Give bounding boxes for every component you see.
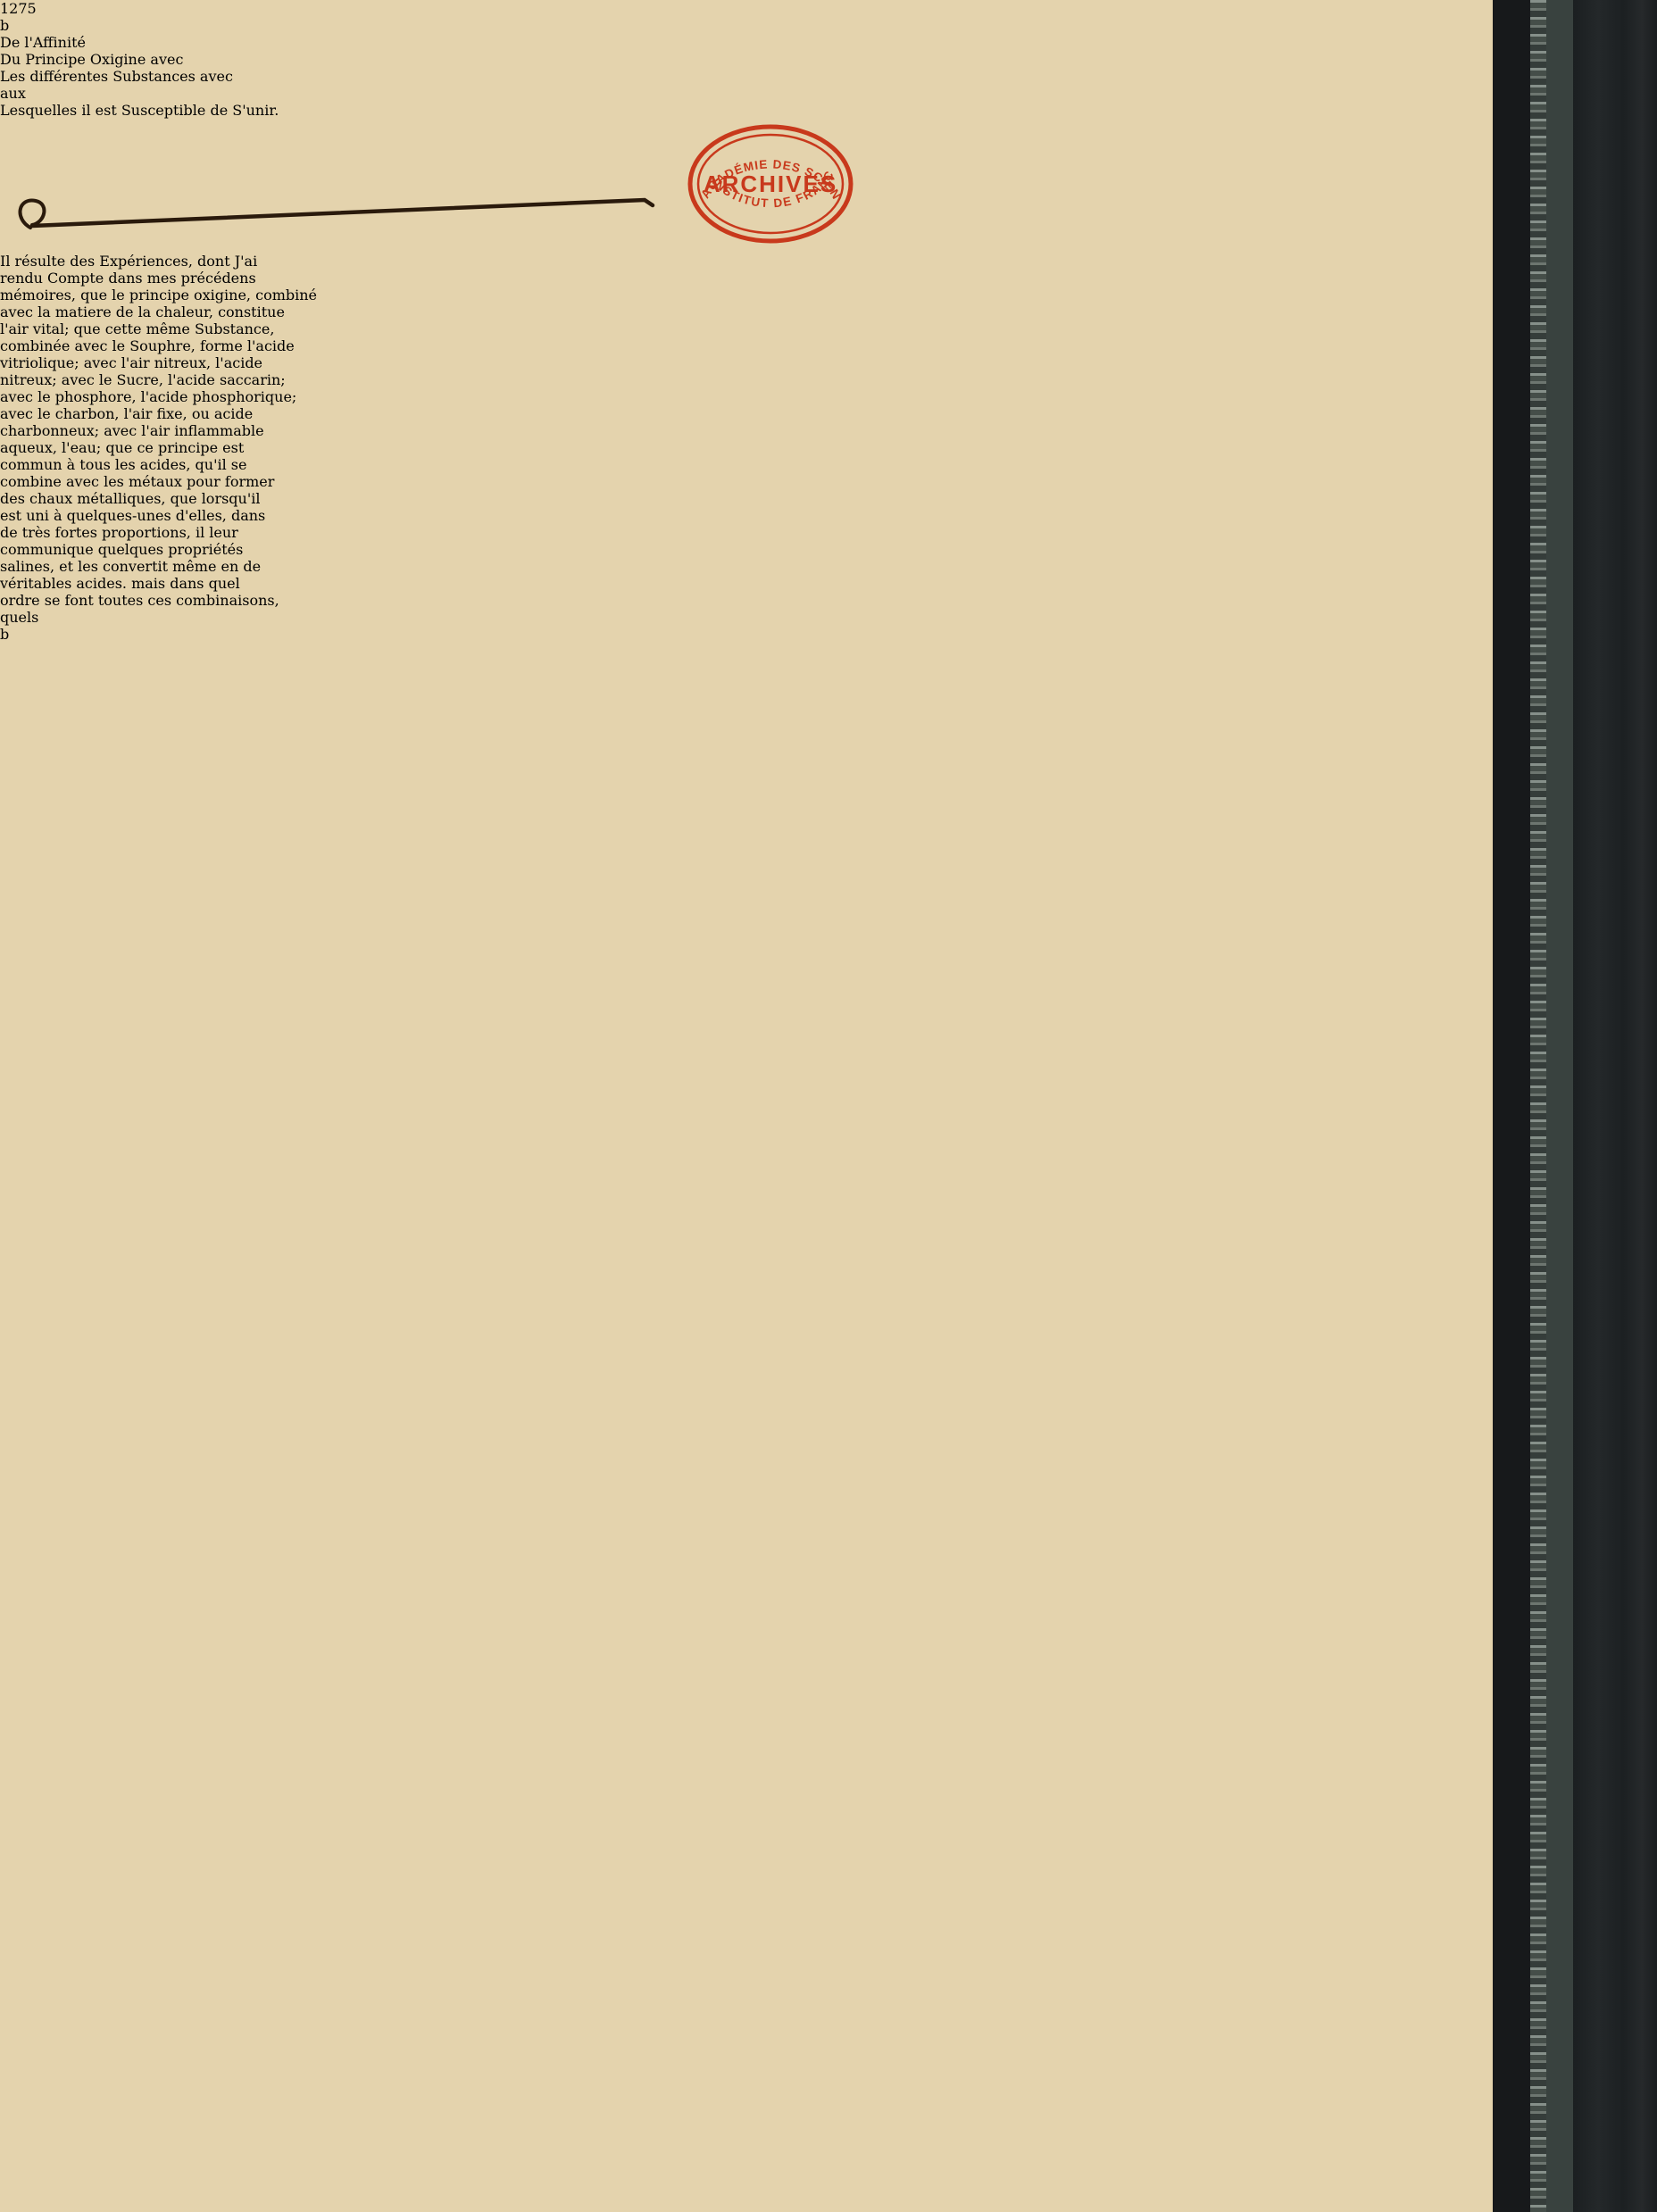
inserted-word-aux: aux — [0, 85, 1493, 102]
body-line: commun à tous les acides, qu'il se — [0, 456, 1493, 473]
manuscript-scan: 1275 b De l'Affinité Du Principe Oxigine… — [0, 0, 1657, 2212]
document-title: De l'Affinité — [0, 34, 1493, 51]
binding-band — [1546, 0, 1573, 2212]
struck-word-avec: avec — [200, 68, 233, 85]
archive-number-pencil: 1275 — [0, 0, 1493, 17]
title-line-3: Les différentes Substances avec — [0, 68, 1493, 85]
body-line: rendu Compte dans mes précédens — [0, 270, 1493, 287]
body-line: combinée avec le Souphre, forme l'acide — [0, 337, 1493, 354]
body-line: ordre se font toutes ces combinaisons, — [0, 592, 1493, 609]
body-line: des chaux métalliques, que lorsqu'il — [0, 490, 1493, 507]
body-line: de très fortes proportions, il leur — [0, 524, 1493, 541]
body-line: combine avec les métaux pour former — [0, 473, 1493, 490]
divider-flourish — [0, 187, 679, 249]
binding-cover — [1573, 0, 1657, 2212]
archives-stamp: ACADÉMIE DES SCIENCES ARCHIVES INSTITUT … — [683, 119, 858, 249]
title-line-2: Du Principe Oxigine avec — [0, 51, 1493, 68]
body-line: Il résulte des Expériences, dont J'ai — [0, 253, 1493, 270]
page-block-edge — [1530, 0, 1546, 2212]
body-line: avec le charbon, l'air fixe, ou acide — [0, 405, 1493, 422]
paper-sheet: 1275 b De l'Affinité Du Principe Oxigine… — [0, 0, 1493, 2212]
body-line: est uni à quelques-unes d'elles, dans — [0, 507, 1493, 524]
body-line: avec le phosphore, l'acide phosphorique; — [0, 388, 1493, 405]
body-line: nitreux; avec le Sucre, l'acide saccarin… — [0, 371, 1493, 388]
title-line-4-text: quelles il est Susceptible de S'unir. — [25, 102, 279, 119]
body-line: salines, et les convertit même en de — [0, 558, 1493, 575]
body-line: mémoires, que le principe oxigine, combi… — [0, 287, 1493, 304]
body-line: véritables acides. mais dans quel — [0, 575, 1493, 592]
body-line: aqueux, l'eau; que ce principe est — [0, 439, 1493, 456]
body-line: communique quelques propriétés — [0, 541, 1493, 558]
title-line-4: Lesquelles il est Susceptible de S'unir. — [0, 102, 1493, 119]
catchword: quels — [0, 609, 1493, 626]
body-line: charbonneux; avec l'air inflammable — [0, 422, 1493, 439]
folio-letter-pencil: b — [0, 17, 1493, 34]
struck-prefix-les: Les — [0, 102, 25, 119]
catchword-mark: b — [0, 626, 1493, 643]
body-line: vitriolique; avec l'air nitreux, l'acide — [0, 354, 1493, 371]
title-line-3-text: Les différentes Substances — [0, 68, 200, 85]
body-line: l'air vital; que cette même Substance, — [0, 320, 1493, 337]
body-line: avec la matiere de la chaleur, constitue — [0, 304, 1493, 320]
